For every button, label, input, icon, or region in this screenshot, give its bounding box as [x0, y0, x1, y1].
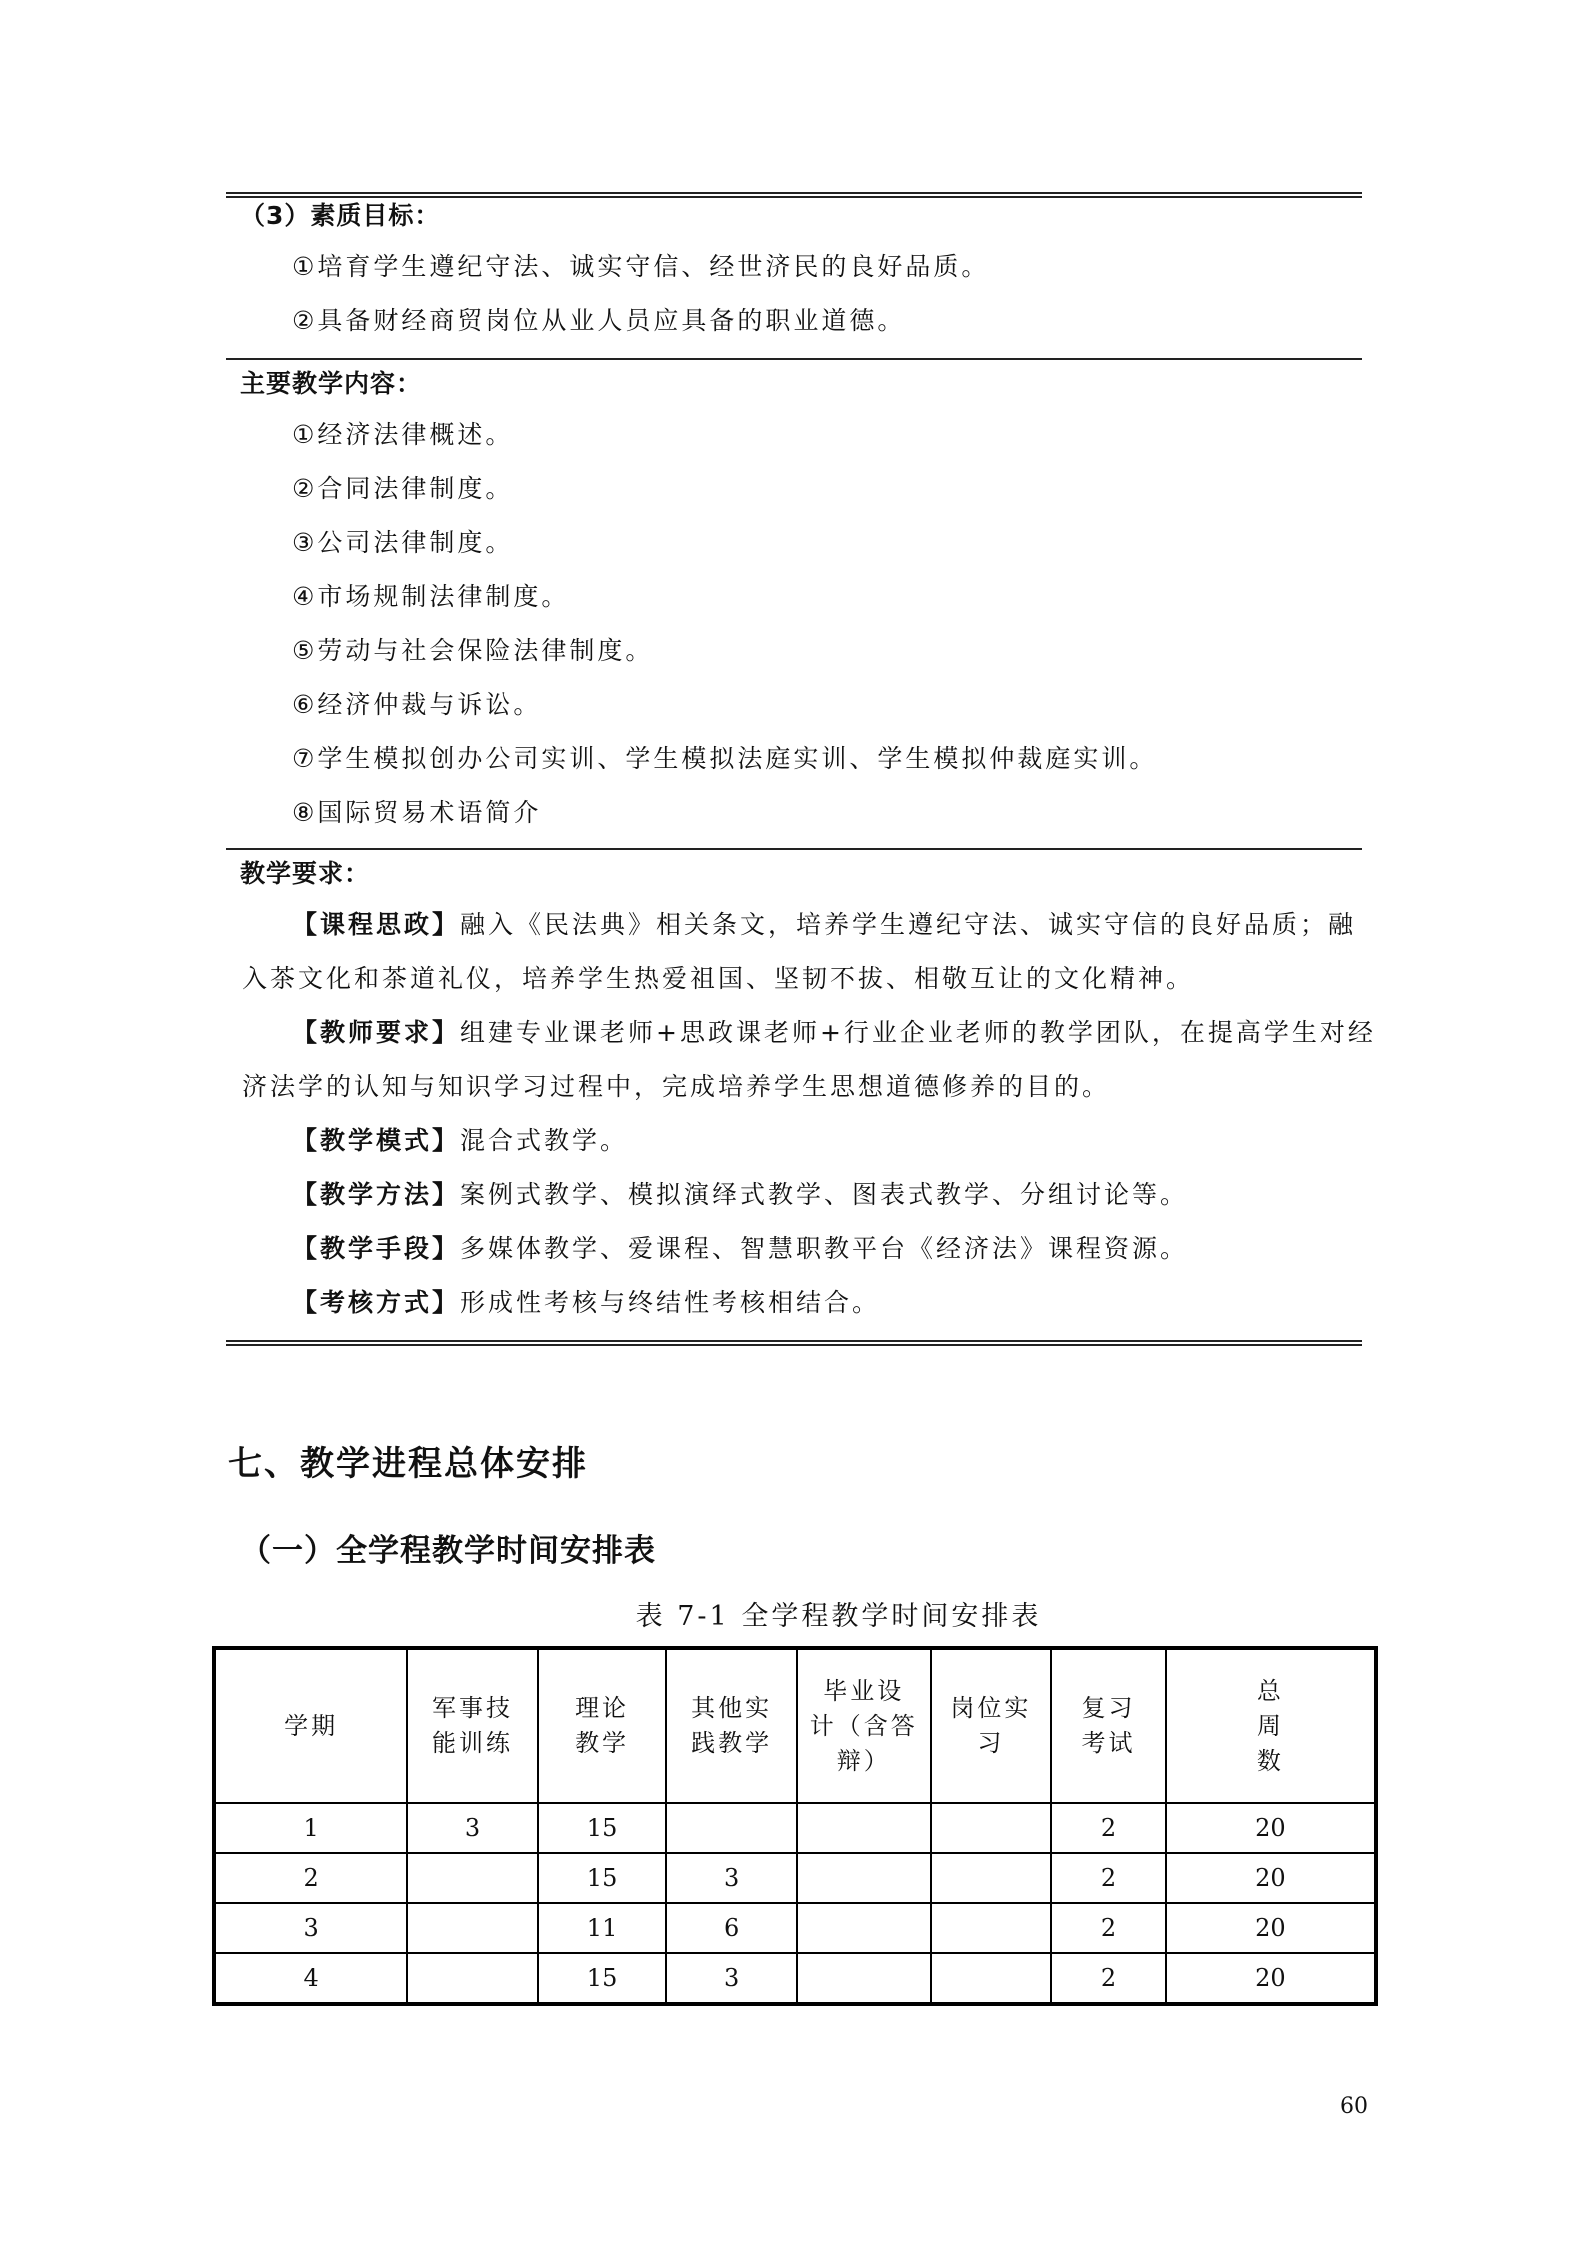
table-row: 2 15 3 2 20	[214, 1853, 1376, 1903]
cell-theory: 15	[538, 1853, 667, 1903]
requirement-text: 组建专业课老师+思政课老师+行业企业老师的教学团队，在提高学生对经	[460, 1018, 1376, 1047]
table-row: 3 11 6 2 20	[214, 1903, 1376, 1953]
table-row: 4 15 3 2 20	[214, 1953, 1376, 2004]
cell-total-weeks: 20	[1166, 1903, 1376, 1953]
requirement-tag: 【教师要求】	[292, 1018, 460, 1047]
cell-total-weeks: 20	[1166, 1853, 1376, 1903]
requirement-tag: 【教学手段】	[292, 1234, 460, 1263]
cell-semester: 1	[214, 1803, 407, 1853]
cell-other-practice	[666, 1803, 797, 1853]
cell-military	[407, 1853, 538, 1903]
schedule-table: 学期 军事技能训练 理论教学 其他实践教学 毕业设计（含答辩） 岗位实习 复习考…	[212, 1646, 1378, 2006]
header-graduation-design: 毕业设计（含答辩）	[797, 1648, 931, 1803]
requirement-text: 多媒体教学、爱课程、智慧职教平台《经济法》课程资源。	[460, 1234, 1188, 1263]
section-subheading: （一）全学程教学时间安排表	[240, 1525, 656, 1570]
cell-semester: 4	[214, 1953, 407, 2004]
cell-military: 3	[407, 1803, 538, 1853]
requirement-ideology-cont: 入茶文化和茶道礼仪，培养学生热爱祖国、坚韧不拔、相敬互让的文化精神。	[242, 952, 1362, 1006]
quality-goals-title: （3）素质目标：	[240, 196, 440, 232]
cell-other-practice: 6	[666, 1903, 797, 1953]
cell-review-exam: 2	[1051, 1953, 1166, 2004]
cell-internship	[931, 1903, 1052, 1953]
requirement-mode: 【教学模式】混合式教学。	[242, 1114, 1412, 1168]
cell-review-exam: 2	[1051, 1803, 1166, 1853]
content-item-7: ⑦学生模拟创办公司实训、学生模拟法庭实训、学生模拟仲裁庭实训。	[242, 732, 1412, 786]
cell-total-weeks: 20	[1166, 1953, 1376, 2004]
content-item-4: ④市场规制法律制度。	[242, 570, 1412, 624]
cell-theory: 15	[538, 1953, 667, 2004]
header-semester: 学期	[214, 1648, 407, 1803]
cell-theory: 11	[538, 1903, 667, 1953]
requirement-tag: 【教学方法】	[292, 1180, 460, 1209]
requirement-means: 【教学手段】多媒体教学、爱课程、智慧职教平台《经济法》课程资源。	[242, 1222, 1412, 1276]
cell-semester: 2	[214, 1853, 407, 1903]
cell-military	[407, 1903, 538, 1953]
header-review-exam: 复习考试	[1051, 1648, 1166, 1803]
section-divider	[226, 848, 1362, 850]
requirement-tag: 【考核方式】	[292, 1288, 460, 1317]
quality-goal-item-1: ①培育学生遵纪守法、诚实守信、经世济民的良好品质。	[242, 240, 1412, 294]
cell-graduation	[797, 1953, 931, 2004]
main-content-title: 主要教学内容：	[240, 364, 422, 400]
cell-internship	[931, 1953, 1052, 2004]
header-internship: 岗位实习	[931, 1648, 1052, 1803]
cell-graduation	[797, 1853, 931, 1903]
requirement-teacher-cont: 济法学的认知与知识学习过程中，完成培养学生思想道德修养的目的。	[242, 1060, 1362, 1114]
page-number: 60	[1340, 2094, 1368, 2119]
header-other-practice: 其他实践教学	[666, 1648, 797, 1803]
table-caption: 表 7-1 全学程教学时间安排表	[0, 1594, 1587, 1633]
requirement-assessment: 【考核方式】形成性考核与终结性考核相结合。	[242, 1276, 1412, 1330]
requirement-method: 【教学方法】案例式教学、模拟演绎式教学、图表式教学、分组讨论等。	[242, 1168, 1412, 1222]
requirements-title: 教学要求：	[240, 854, 370, 890]
requirement-tag: 【教学模式】	[292, 1126, 460, 1155]
requirement-tag: 【课程思政】	[292, 910, 460, 939]
content-item-6: ⑥经济仲裁与诉讼。	[242, 678, 1412, 732]
cell-theory: 15	[538, 1803, 667, 1853]
requirement-text: 融入《民法典》相关条文，培养学生遵纪守法、诚实守信的良好品质；融	[460, 910, 1356, 939]
header-military-training: 军事技能训练	[407, 1648, 538, 1803]
cell-graduation	[797, 1903, 931, 1953]
requirement-ideology: 【课程思政】融入《民法典》相关条文，培养学生遵纪守法、诚实守信的良好品质；融	[242, 898, 1412, 952]
cell-internship	[931, 1853, 1052, 1903]
header-theory-teaching: 理论教学	[538, 1648, 667, 1803]
cell-review-exam: 2	[1051, 1903, 1166, 1953]
cell-review-exam: 2	[1051, 1853, 1166, 1903]
cell-semester: 3	[214, 1903, 407, 1953]
cell-graduation	[797, 1803, 931, 1853]
requirement-text: 案例式教学、模拟演绎式教学、图表式教学、分组讨论等。	[460, 1180, 1188, 1209]
table-row: 1 3 15 2 20	[214, 1803, 1376, 1853]
table-header-row: 学期 军事技能训练 理论教学 其他实践教学 毕业设计（含答辩） 岗位实习 复习考…	[214, 1648, 1376, 1803]
cell-military	[407, 1953, 538, 2004]
cell-total-weeks: 20	[1166, 1803, 1376, 1853]
bottom-double-rule	[226, 1340, 1362, 1346]
content-item-3: ③公司法律制度。	[242, 516, 1412, 570]
cell-other-practice: 3	[666, 1853, 797, 1903]
section-divider	[226, 358, 1362, 360]
requirement-text: 混合式教学。	[460, 1126, 628, 1155]
cell-other-practice: 3	[666, 1953, 797, 2004]
content-item-1: ①经济法律概述。	[242, 408, 1412, 462]
content-item-5: ⑤劳动与社会保险法律制度。	[242, 624, 1412, 678]
chapter-heading: 七、教学进程总体安排	[228, 1436, 588, 1485]
quality-goal-item-2: ②具备财经商贸岗位从业人员应具备的职业道德。	[242, 294, 1412, 348]
header-total-weeks: 总周数	[1166, 1648, 1376, 1803]
requirement-teacher: 【教师要求】组建专业课老师+思政课老师+行业企业老师的教学团队，在提高学生对经	[242, 1006, 1412, 1060]
content-item-8: ⑧国际贸易术语简介	[242, 786, 1412, 840]
content-item-2: ②合同法律制度。	[242, 462, 1412, 516]
cell-internship	[931, 1803, 1052, 1853]
requirement-text: 形成性考核与终结性考核相结合。	[460, 1288, 880, 1317]
